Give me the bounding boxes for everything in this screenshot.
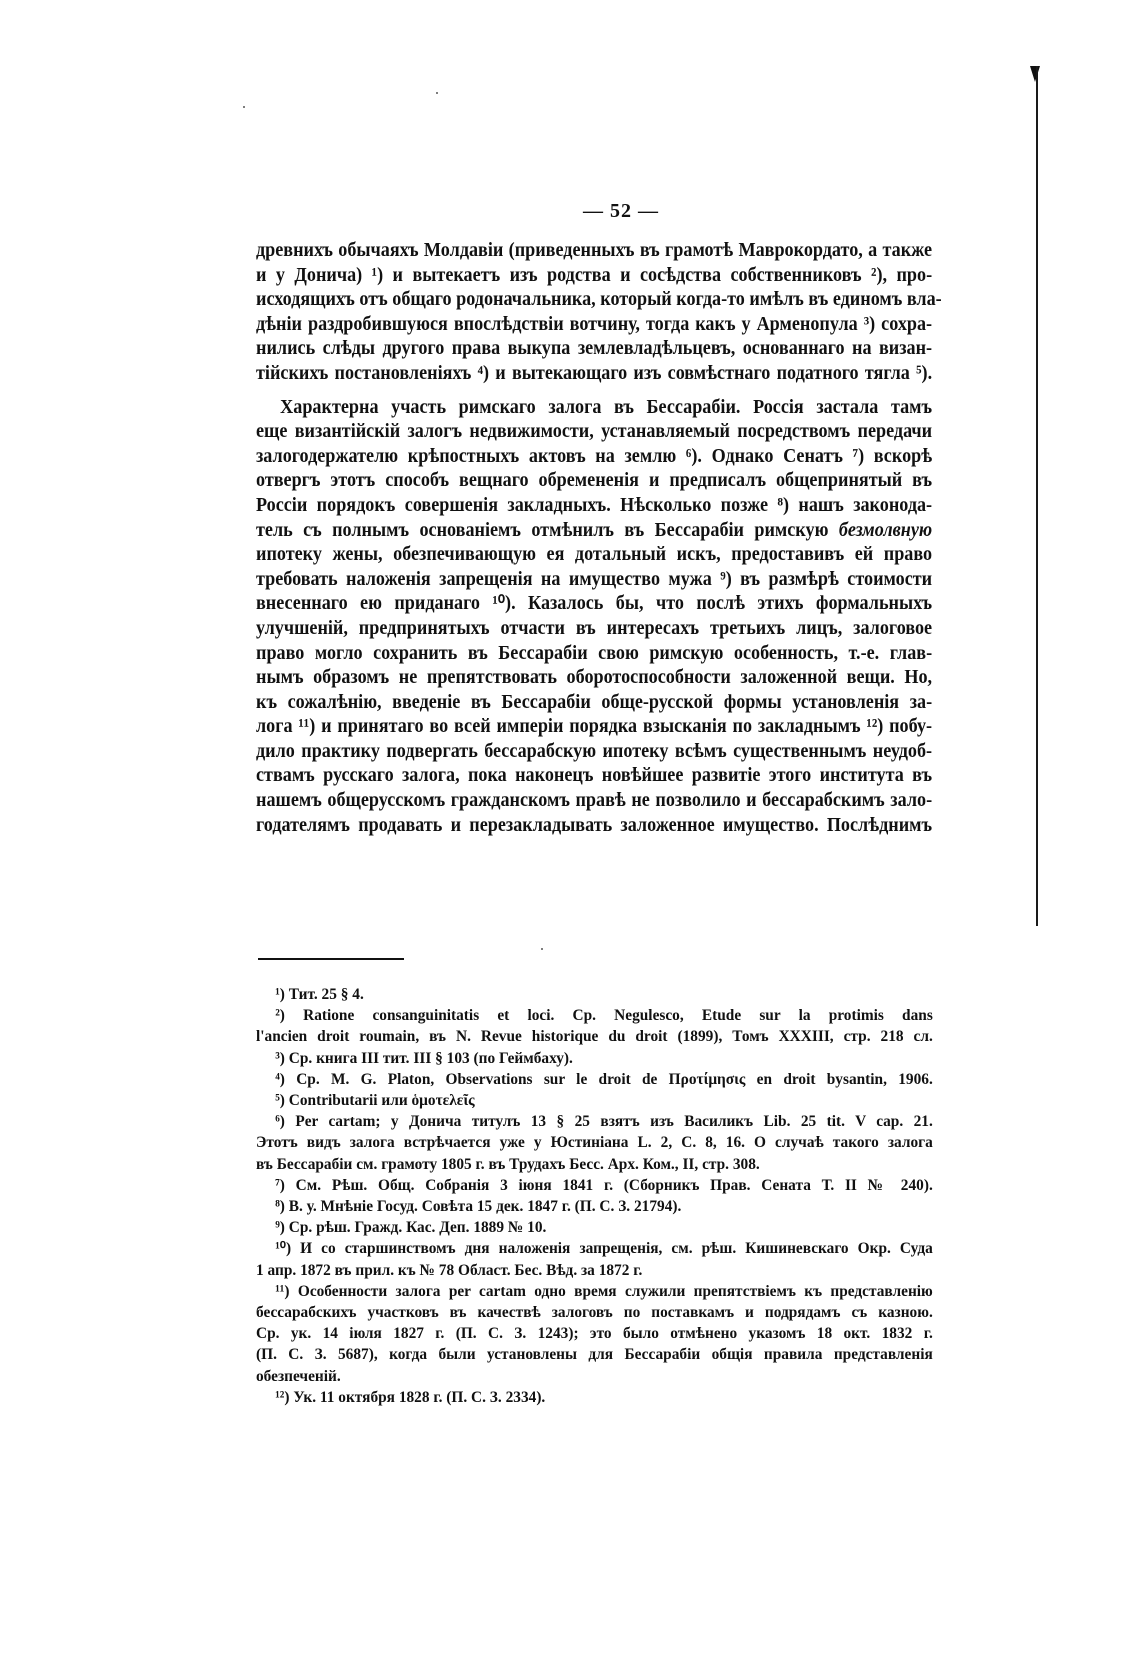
footnote-11-continued: обезпеченій.	[256, 1366, 933, 1387]
body-line: нымъ образомъ не препятствовать оборотос…	[256, 666, 932, 691]
footnote-11-continued: Ср. ук. 14 іюля 1827 г. (П. С. З. 1243);…	[256, 1323, 933, 1344]
footnote-6: ⁶) Per cartam; у Донича титулъ 13 § 25 в…	[256, 1111, 933, 1132]
page-edge-line	[1036, 66, 1038, 926]
footnote-12: ¹²) Ук. 11 октября 1828 г. (П. С. З. 233…	[256, 1387, 933, 1408]
body-line: и у Донича) ¹) и вытекаетъ изъ родства и…	[256, 264, 932, 289]
footnote-10: ¹⁰) И со старшинствомъ дня наложенія зап…	[256, 1238, 933, 1259]
footnote-11-continued: (П. С. З. 5687), когда были установлены …	[256, 1344, 933, 1365]
body-line: ствамъ русскаго залога, пока наконецъ но…	[256, 764, 932, 789]
footnote-6-continued: Этотъ видъ залога встрѣчается уже у Юсти…	[256, 1132, 933, 1153]
main-body-text: древнихъ обычаяхъ Молдавіи (приведенныхъ…	[256, 239, 885, 838]
body-line: право могло сохранить въ Бессарабіи свою…	[256, 642, 932, 667]
footnote-2: ²) Ratione consanguinitatis et loci. Ср.…	[256, 1005, 933, 1026]
footnote-2-continued: l'ancien droit roumain, въ N. Revue hist…	[256, 1026, 933, 1047]
italic-emphasis: безмолвную	[839, 520, 932, 541]
body-line: улучшеній, предпринятыхъ отчасти въ инте…	[256, 617, 932, 642]
body-line: къ сожалѣнію, введеніе въ Бессарабіи общ…	[256, 691, 932, 716]
body-line: древнихъ обычаяхъ Молдавіи (приведенныхъ…	[256, 239, 932, 264]
footnote-separator-rule	[258, 958, 404, 960]
body-line: внесеннаго ею приданаго ¹⁰). Казалось бы…	[256, 592, 932, 617]
scan-speck	[243, 106, 245, 108]
body-line: требовать наложенія запрещенія на имущес…	[256, 568, 932, 593]
body-line: нашемъ общерусскомъ гражданскомъ правѣ н…	[256, 789, 932, 814]
footnote-11: ¹¹) Особенности залога per cartam одно в…	[256, 1281, 933, 1302]
footnote-3: ³) Ср. книга III тит. III § 103 (по Гейм…	[256, 1048, 933, 1069]
footnote-6-continued: въ Бессарабіи см. грамоту 1805 г. въ Тру…	[256, 1154, 933, 1175]
body-line: нились слѣды другого права выкупа землев…	[256, 337, 932, 362]
footnote-7: ⁷) См. Рѣш. Общ. Собранія 3 іюня 1841 г.…	[256, 1175, 933, 1196]
body-line: годателямъ продавать и перезакладывать з…	[256, 814, 932, 839]
scan-speck	[320, 1377, 322, 1379]
page-number: — 52 —	[556, 200, 686, 223]
footnote-11-continued: бессарабскихъ участковъ въ качествѣ зало…	[256, 1302, 933, 1323]
footnote-4: ⁴) Ср. M. G. Platon, Observations sur le…	[256, 1069, 933, 1090]
body-line: ипотеку жены, обезпечивающую ея дотальны…	[256, 543, 932, 568]
body-line-paragraph-start: Характерна участь римскаго залога въ Бес…	[256, 396, 932, 421]
footnote-9: ⁹) Ср. рѣш. Гражд. Кас. Деп. 1889 № 10.	[256, 1217, 933, 1238]
footnote-5: ⁵) Contributarii или ὁμοτελεῖς	[256, 1090, 933, 1111]
body-line-with-italic: тель съ полнымъ основаніемъ отмѣнилъ въ …	[256, 519, 932, 544]
body-line: Россіи порядокъ совершенія закладныхъ. Н…	[256, 494, 932, 519]
footnote-10-continued: 1 апр. 1872 въ прил. къ № 78 Област. Бес…	[256, 1260, 933, 1281]
body-line: исходящихъ отъ общаго родоначальника, ко…	[256, 288, 932, 313]
body-line: дѣніи раздробившуюся впослѣдствіи вотчин…	[256, 313, 932, 338]
body-line: отвергъ этотъ способъ вещнаго обременені…	[256, 469, 932, 494]
footnote-8: ⁸) В. у. Мнѣніе Госуд. Совѣта 15 дек. 18…	[256, 1196, 933, 1217]
body-line: дило практику подвергать бессарабскую ип…	[256, 740, 932, 765]
scanned-book-page: — 52 — древнихъ обычаяхъ Молдавіи (приве…	[0, 0, 1140, 1669]
scan-speck	[541, 948, 543, 950]
paragraph-gap	[256, 387, 885, 396]
body-line: лога ¹¹) и принятаго во всей имперіи пор…	[256, 715, 932, 740]
body-line: тійскихъ постановленіяхъ ⁴) и вытекающаг…	[256, 362, 932, 387]
body-line: еще византійскій залогъ недвижимости, ус…	[256, 420, 932, 445]
page-edge-mark	[1030, 66, 1040, 82]
footnotes-block: ¹) Тит. 25 § 4. ²) Ratione consanguinita…	[256, 984, 905, 1408]
scan-speck	[436, 92, 438, 94]
footnote-1: ¹) Тит. 25 § 4.	[256, 984, 933, 1005]
body-line: залогодержателю крѣпостныхъ актовъ на зе…	[256, 445, 932, 470]
